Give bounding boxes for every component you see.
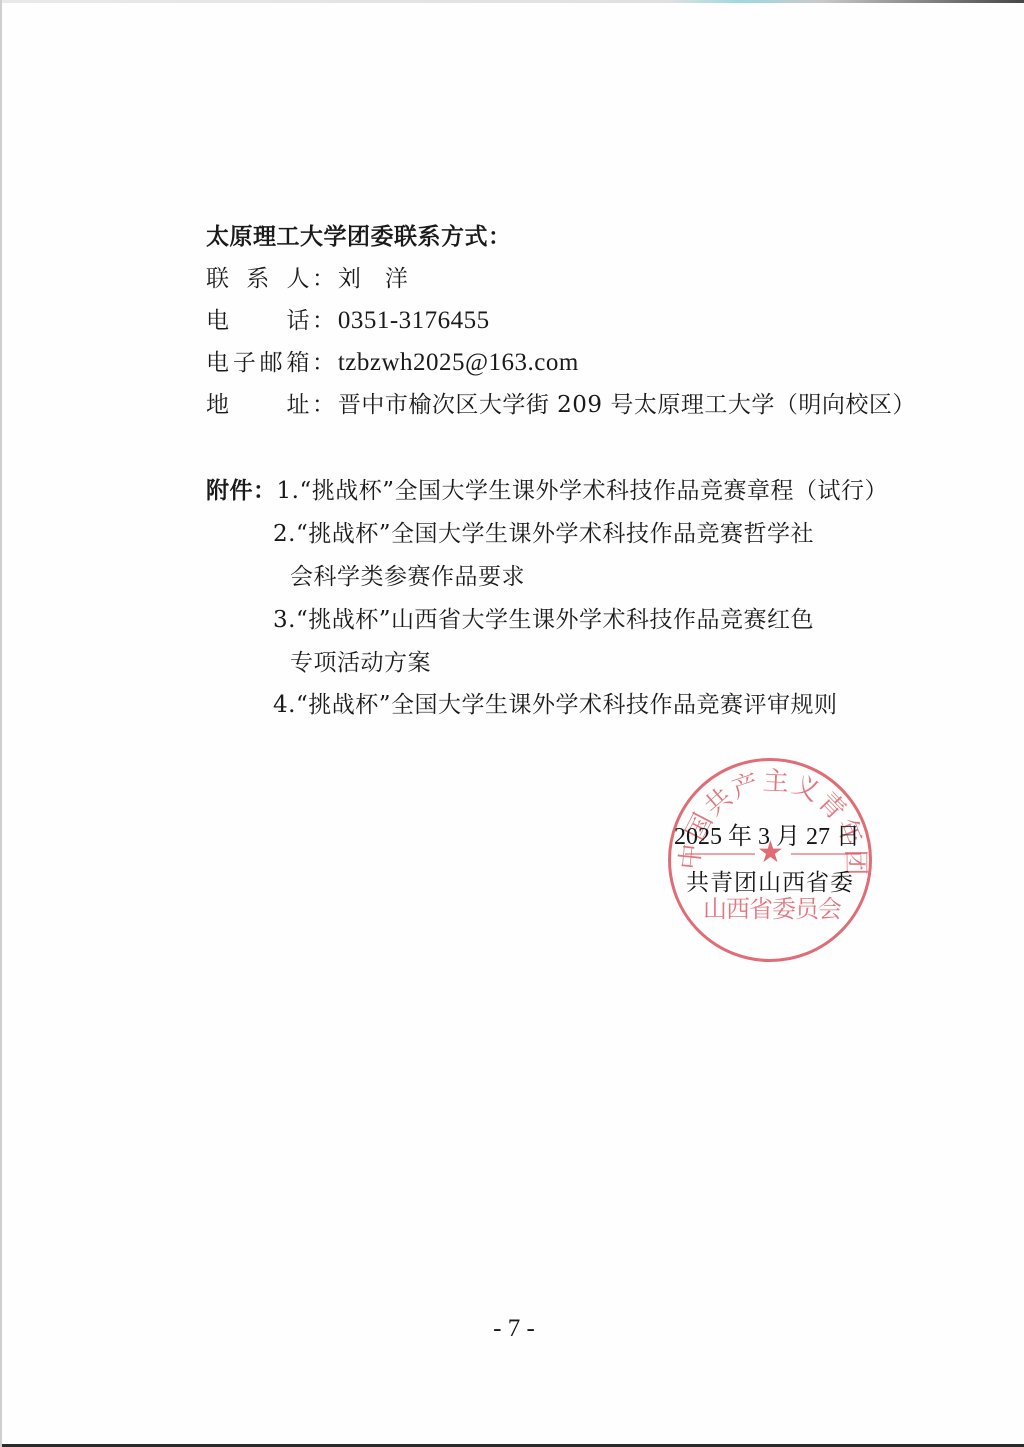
- label-char: 系: [246, 264, 270, 294]
- seal-divider-left: [685, 853, 755, 855]
- label-char: 电: [206, 348, 230, 378]
- label-char: 话: [287, 306, 311, 336]
- attachment-text: “挑战杯”山西省大学生课外学术科技作品竞赛红色: [296, 607, 814, 633]
- phone-row: 电 话 ： 0351-3176455: [206, 306, 490, 336]
- phone-label: 电 话: [206, 306, 310, 336]
- document-page: 太原理工大学团委联系方式： 联 系 人 ： 刘 洋 电 话 ： 0351-317…: [0, 0, 1024, 1447]
- contact-person-row: 联 系 人 ： 刘 洋: [206, 264, 408, 294]
- attachment-number: 4.: [273, 692, 296, 718]
- colon: ：: [312, 306, 330, 336]
- label-char: 子: [233, 348, 257, 378]
- attachment-item-2: 2.“挑战杯”全国大学生课外学术科技作品竞赛哲学社: [273, 519, 814, 549]
- email-value: tzbzwh2025@163.com: [338, 349, 579, 376]
- official-seal: 中国共产主义青年团 ★ 山西省委员会: [668, 758, 872, 962]
- label-char: 址: [287, 390, 311, 420]
- address-label: 地 址: [206, 390, 310, 420]
- label-char: 地: [206, 390, 230, 420]
- attachment-text: “挑战杯”全国大学生课外学术科技作品竞赛哲学社: [296, 521, 814, 547]
- attachment-item-3: 3.“挑战杯”山西省大学生课外学术科技作品竞赛红色: [273, 605, 814, 635]
- attachment-item-1: 附件：1.“挑战杯”全国大学生课外学术科技作品竞赛章程（试行）: [206, 476, 888, 506]
- colon: ：: [312, 390, 330, 420]
- attachments-label: 附件：: [206, 478, 277, 504]
- colon: ：: [312, 264, 330, 294]
- address-row: 地 址 ： 晋中市榆次区大学街 209 号太原理工大学（明向校区）: [206, 390, 916, 420]
- attachment-number: 2.: [273, 521, 296, 547]
- contact-heading: 太原理工大学团委联系方式：: [206, 222, 512, 252]
- attachment-text: “挑战杯”全国大学生课外学术科技作品竞赛章程（试行）: [299, 478, 888, 504]
- page-number: - 7 -: [2, 1315, 1024, 1343]
- attachment-item-4: 4.“挑战杯”全国大学生课外学术科技作品竞赛评审规则: [273, 690, 837, 720]
- contact-person-label: 联 系 人: [206, 264, 310, 294]
- address-value: 晋中市榆次区大学街 209 号太原理工大学（明向校区）: [338, 392, 916, 418]
- seal-divider-right: [791, 853, 861, 855]
- attachment-item-2-continuation: 会科学类参赛作品要求: [290, 562, 525, 592]
- email-label: 电 子 邮 箱: [206, 348, 310, 378]
- signature-issuer: 共青团山西省委: [686, 868, 854, 898]
- phone-value: 0351-3176455: [338, 307, 490, 334]
- label-char: 邮: [260, 348, 284, 378]
- email-row: 电 子 邮 箱 ： tzbzwh2025@163.com: [206, 348, 579, 378]
- contact-person-value: 刘 洋: [338, 266, 409, 292]
- label-char: 箱: [286, 348, 310, 378]
- attachment-number: 1.: [277, 478, 300, 504]
- attachment-item-3-continuation: 专项活动方案: [290, 648, 431, 678]
- attachment-text: “挑战杯”全国大学生课外学术科技作品竞赛评审规则: [296, 692, 838, 718]
- label-char: 联: [206, 264, 230, 294]
- label-char: 人: [287, 264, 311, 294]
- attachment-number: 3.: [273, 607, 296, 633]
- signature-date: 2025 年 3 月 27 日: [674, 822, 860, 852]
- scan-top-edge: [2, 0, 1024, 3]
- label-char: 电: [206, 306, 230, 336]
- colon: ：: [312, 348, 330, 378]
